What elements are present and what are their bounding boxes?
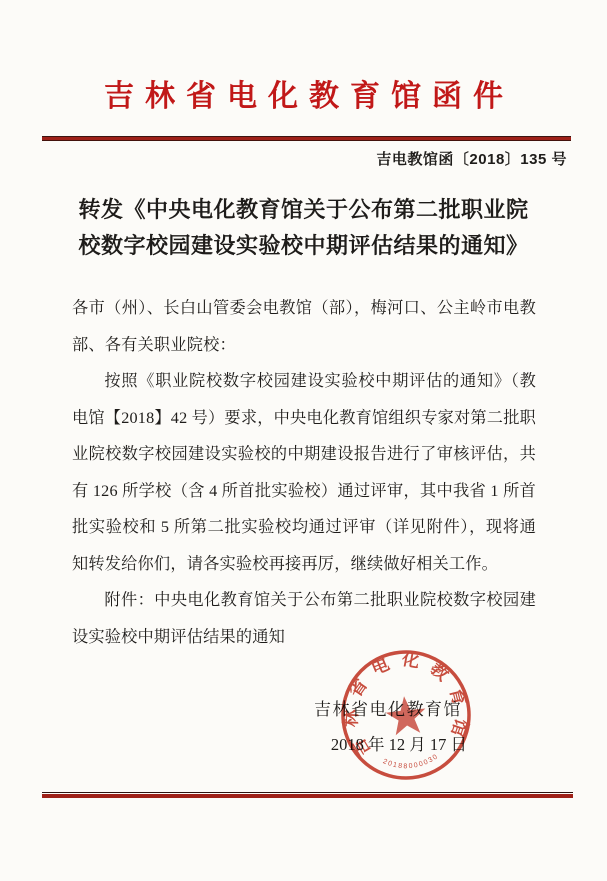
- scanned-official-letter: 吉林省电化教育馆函件 吉电教馆函〔2018〕135 号 转发《中央电化教育馆关于…: [0, 0, 607, 881]
- document-reference-number: 吉电教馆函〔2018〕135 号: [0, 148, 567, 169]
- seal-star-icon: [384, 694, 428, 736]
- signature-date: 2018 年 12 月 17 日: [0, 734, 607, 756]
- letterhead-title: 吉林省电化教育馆函件: [0, 0, 607, 116]
- signature-block: 吉林省电化教育馆 2018 年 12 月 17 日: [0, 699, 607, 756]
- salutation-paragraph: 各市（州）、长白山管委会电教馆（部），梅河口、公主岭市电教部、各有关职业院校：: [72, 290, 536, 363]
- official-seal: 吉林省电化教育馆 2201880000303: [329, 638, 483, 792]
- signature-organization: 吉林省电化教育馆: [0, 699, 607, 721]
- main-paragraph: 按照《职业院校数字校园建设实验校中期评估的通知》（教电馆【2018】42 号）要…: [72, 363, 536, 582]
- document-body: 各市（州）、长白山管委会电教馆（部），梅河口、公主岭市电教部、各有关职业院校： …: [72, 290, 536, 655]
- footer-divider-rule: [42, 792, 573, 798]
- document-title: 转发《中央电化教育馆关于公布第二批职业院 校数字校园建设实验校中期评估结果的通知…: [61, 192, 547, 264]
- header-divider-rule: [42, 136, 571, 141]
